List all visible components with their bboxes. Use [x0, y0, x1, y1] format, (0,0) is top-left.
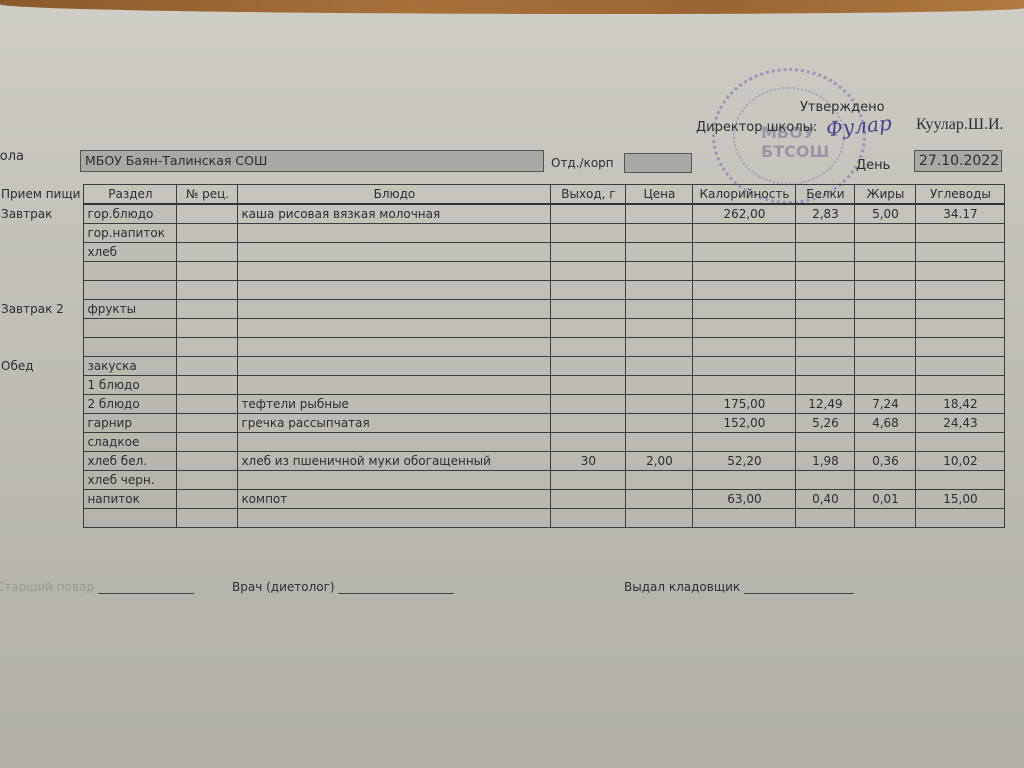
cell-section: хлеб черн. — [84, 471, 177, 490]
cell-fats — [855, 224, 916, 243]
cell-yield — [551, 357, 626, 376]
cell-yield — [551, 471, 626, 490]
cell-calories — [693, 224, 796, 243]
table-row — [0, 338, 1005, 357]
cell-calories: 262,00 — [693, 204, 796, 224]
cell-price — [626, 262, 693, 281]
cell-meal — [0, 452, 84, 471]
cell-price — [626, 300, 693, 319]
cell-carbs: 15,00 — [916, 490, 1005, 509]
cell-recipe — [177, 433, 238, 452]
cell-calories — [693, 281, 796, 300]
cell-yield — [551, 509, 626, 528]
table-row: Завтрак 2фрукты — [0, 300, 1005, 319]
col-meal: Прием пищи — [0, 185, 84, 205]
cell-proteins — [796, 433, 855, 452]
school-field[interactable]: МБОУ Баян-Талинская СОШ — [80, 150, 544, 172]
cell-recipe — [177, 224, 238, 243]
cell-dish — [238, 509, 551, 528]
col-carbs: Углеводы — [916, 185, 1005, 205]
cell-proteins — [796, 471, 855, 490]
table-header-row: Прием пищи Раздел № рец. Блюдо Выход, г … — [0, 185, 1005, 205]
cell-proteins: 12,49 — [796, 395, 855, 414]
cell-section: напиток — [84, 490, 177, 509]
cell-dish — [238, 224, 551, 243]
cell-carbs — [916, 300, 1005, 319]
cell-calories — [693, 357, 796, 376]
cell-dish — [238, 357, 551, 376]
cell-price — [626, 338, 693, 357]
cell-meal — [0, 471, 84, 490]
cell-section — [84, 281, 177, 300]
cell-dish: тефтели рыбные — [238, 395, 551, 414]
cell-meal — [0, 376, 84, 395]
cell-carbs: 18,42 — [916, 395, 1005, 414]
col-dish: Блюдо — [238, 185, 551, 205]
day-field[interactable]: 27.10.2022 — [914, 150, 1002, 172]
cell-carbs — [916, 243, 1005, 262]
school-label: Школа — [0, 149, 24, 164]
cell-dish: хлеб из пшеничной муки обогащенный — [238, 452, 551, 471]
cell-dish — [238, 376, 551, 395]
cell-section: хлеб — [84, 243, 177, 262]
cell-calories: 63,00 — [693, 490, 796, 509]
cell-fats — [855, 319, 916, 338]
cell-section — [84, 319, 177, 338]
cell-yield — [551, 224, 626, 243]
cell-fats — [855, 376, 916, 395]
cell-calories: 152,00 — [693, 414, 796, 433]
cell-calories — [693, 376, 796, 395]
cell-meal — [0, 262, 84, 281]
cell-recipe — [177, 243, 238, 262]
cell-proteins — [796, 319, 855, 338]
cell-dish — [238, 281, 551, 300]
cell-proteins: 5,26 — [796, 414, 855, 433]
cell-fats — [855, 243, 916, 262]
cell-dish: каша рисовая вязкая молочная — [238, 204, 551, 224]
cell-meal — [0, 509, 84, 528]
cell-meal — [0, 433, 84, 452]
cell-fats — [855, 281, 916, 300]
cell-proteins: 0,40 — [796, 490, 855, 509]
cell-calories — [693, 338, 796, 357]
cell-proteins — [796, 243, 855, 262]
cell-dish — [238, 471, 551, 490]
cell-price — [626, 281, 693, 300]
cell-meal: Обед — [0, 357, 84, 376]
col-price: Цена — [626, 185, 693, 205]
cell-fats — [855, 471, 916, 490]
cell-yield — [551, 281, 626, 300]
cell-recipe — [177, 395, 238, 414]
cell-proteins: 2,83 — [796, 204, 855, 224]
cell-yield — [551, 204, 626, 224]
cell-meal — [0, 281, 84, 300]
cell-price — [626, 433, 693, 452]
cell-calories — [693, 433, 796, 452]
cell-carbs: 34.17 — [916, 204, 1005, 224]
cell-recipe — [177, 338, 238, 357]
cell-carbs — [916, 319, 1005, 338]
cell-yield — [551, 338, 626, 357]
cell-price — [626, 243, 693, 262]
cell-dish: компот — [238, 490, 551, 509]
table-row — [0, 262, 1005, 281]
cell-price — [626, 357, 693, 376]
cell-meal — [0, 490, 84, 509]
cell-calories: 52,20 — [693, 452, 796, 471]
cell-yield — [551, 243, 626, 262]
menu-table: Прием пищи Раздел № рец. Блюдо Выход, г … — [0, 184, 1005, 528]
table-row: Завтракгор.блюдокаша рисовая вязкая моло… — [0, 204, 1005, 224]
cell-calories: 175,00 — [693, 395, 796, 414]
cell-carbs — [916, 376, 1005, 395]
col-yield: Выход, г — [551, 185, 626, 205]
cell-yield — [551, 490, 626, 509]
cell-fats — [855, 509, 916, 528]
cell-carbs — [916, 338, 1005, 357]
cell-fats: 4,68 — [855, 414, 916, 433]
cell-dish — [238, 319, 551, 338]
cell-fats — [855, 262, 916, 281]
table-row: Обедзакуска — [0, 357, 1005, 376]
cell-carbs — [916, 357, 1005, 376]
cell-recipe — [177, 471, 238, 490]
table-row: гарниргречка рассыпчатая152,005,264,6824… — [0, 414, 1005, 433]
cell-meal — [0, 395, 84, 414]
cell-carbs: 24,43 — [916, 414, 1005, 433]
cell-fats: 7,24 — [855, 395, 916, 414]
cell-meal — [0, 338, 84, 357]
cell-section: 1 блюдо — [84, 376, 177, 395]
cell-carbs — [916, 509, 1005, 528]
director-label: Директор школы: — [696, 120, 817, 135]
cell-price — [626, 319, 693, 338]
document-sheet: МБОУ БТСОШ Утверждено Директор школы: Фу… — [0, 6, 1024, 768]
cell-recipe — [177, 262, 238, 281]
cell-carbs — [916, 471, 1005, 490]
cell-yield — [551, 414, 626, 433]
cell-section: 2 блюдо — [84, 395, 177, 414]
cell-recipe — [177, 490, 238, 509]
cell-price — [626, 395, 693, 414]
col-section: Раздел — [84, 185, 177, 205]
table-row — [0, 509, 1005, 528]
cell-section — [84, 262, 177, 281]
cell-proteins — [796, 262, 855, 281]
cell-section: хлеб бел. — [84, 452, 177, 471]
cell-section — [84, 338, 177, 357]
cell-yield: 30 — [551, 452, 626, 471]
cell-dish — [238, 338, 551, 357]
cell-proteins: 1,98 — [796, 452, 855, 471]
cell-proteins — [796, 281, 855, 300]
table-row: гор.напиток — [0, 224, 1005, 243]
cell-calories — [693, 509, 796, 528]
table-row: 1 блюдо — [0, 376, 1005, 395]
table-row: хлеб черн. — [0, 471, 1005, 490]
cell-proteins — [796, 376, 855, 395]
col-fats: Жиры — [855, 185, 916, 205]
cell-calories — [693, 319, 796, 338]
cell-recipe — [177, 452, 238, 471]
cell-section: гарнир — [84, 414, 177, 433]
cell-fats — [855, 433, 916, 452]
cell-recipe — [177, 281, 238, 300]
doctor-signature-line: Врач (диетолог) — [232, 580, 454, 594]
cell-carbs — [916, 433, 1005, 452]
cell-recipe — [177, 414, 238, 433]
cell-fats — [855, 300, 916, 319]
cell-meal — [0, 414, 84, 433]
storekeeper-label: Выдал кладовщик — [624, 580, 740, 594]
storekeeper-signature-line: Выдал кладовщик — [624, 580, 854, 594]
cell-yield — [551, 262, 626, 281]
cell-fats: 0,36 — [855, 452, 916, 471]
doctor-label: Врач (диетолог) — [232, 580, 335, 594]
cell-calories — [693, 243, 796, 262]
cook-signature-line: Старший повар — [0, 580, 194, 594]
cell-price: 2,00 — [626, 452, 693, 471]
cook-label: Старший повар — [0, 580, 94, 594]
cell-fats — [855, 357, 916, 376]
cell-dish: гречка рассыпчатая — [238, 414, 551, 433]
cell-section: закуска — [84, 357, 177, 376]
cell-meal — [0, 243, 84, 262]
department-label: Отд./корп — [551, 156, 614, 170]
table-row: сладкое — [0, 433, 1005, 452]
cell-section: фрукты — [84, 300, 177, 319]
cell-proteins — [796, 338, 855, 357]
col-proteins: Белки — [796, 185, 855, 205]
cell-carbs: 10,02 — [916, 452, 1005, 471]
table-row: хлеб — [0, 243, 1005, 262]
cell-section — [84, 509, 177, 528]
cell-recipe — [177, 357, 238, 376]
cell-price — [626, 509, 693, 528]
cell-dish — [238, 262, 551, 281]
cell-section: гор.блюдо — [84, 204, 177, 224]
cell-yield — [551, 376, 626, 395]
cell-meal: Завтрак 2 — [0, 300, 84, 319]
cell-recipe — [177, 319, 238, 338]
cell-calories — [693, 300, 796, 319]
table-row — [0, 319, 1005, 338]
cell-dish — [238, 243, 551, 262]
cell-price — [626, 376, 693, 395]
cell-carbs — [916, 281, 1005, 300]
cell-yield — [551, 395, 626, 414]
director-name: Куулар.Ш.И. — [916, 116, 1004, 134]
cell-dish — [238, 433, 551, 452]
cell-section: сладкое — [84, 433, 177, 452]
cell-yield — [551, 300, 626, 319]
table-row: 2 блюдотефтели рыбные175,0012,497,2418,4… — [0, 395, 1005, 414]
cell-recipe — [177, 300, 238, 319]
department-field[interactable] — [624, 153, 692, 173]
cell-meal: Завтрак — [0, 204, 84, 224]
cell-price — [626, 490, 693, 509]
cell-proteins — [796, 224, 855, 243]
cell-proteins — [796, 357, 855, 376]
cell-recipe — [177, 376, 238, 395]
cell-fats: 5,00 — [855, 204, 916, 224]
cell-price — [626, 224, 693, 243]
col-calories: Калорийность — [693, 185, 796, 205]
table-row — [0, 281, 1005, 300]
cell-proteins — [796, 509, 855, 528]
day-label: День — [856, 158, 890, 173]
cell-yield — [551, 319, 626, 338]
table-row: хлеб бел.хлеб из пшеничной муки обогащен… — [0, 452, 1005, 471]
cell-proteins — [796, 300, 855, 319]
table-row: напитоккомпот63,000,400,0115,00 — [0, 490, 1005, 509]
cell-section: гор.напиток — [84, 224, 177, 243]
cell-carbs — [916, 224, 1005, 243]
cell-dish — [238, 300, 551, 319]
cell-meal — [0, 224, 84, 243]
col-recipe: № рец. — [177, 185, 238, 205]
cell-meal — [0, 319, 84, 338]
cell-price — [626, 204, 693, 224]
cell-yield — [551, 433, 626, 452]
cell-recipe — [177, 509, 238, 528]
cell-price — [626, 471, 693, 490]
cell-carbs — [916, 262, 1005, 281]
cell-calories — [693, 262, 796, 281]
cell-fats — [855, 338, 916, 357]
cell-fats: 0,01 — [855, 490, 916, 509]
cell-recipe — [177, 204, 238, 224]
cell-price — [626, 414, 693, 433]
cell-calories — [693, 471, 796, 490]
